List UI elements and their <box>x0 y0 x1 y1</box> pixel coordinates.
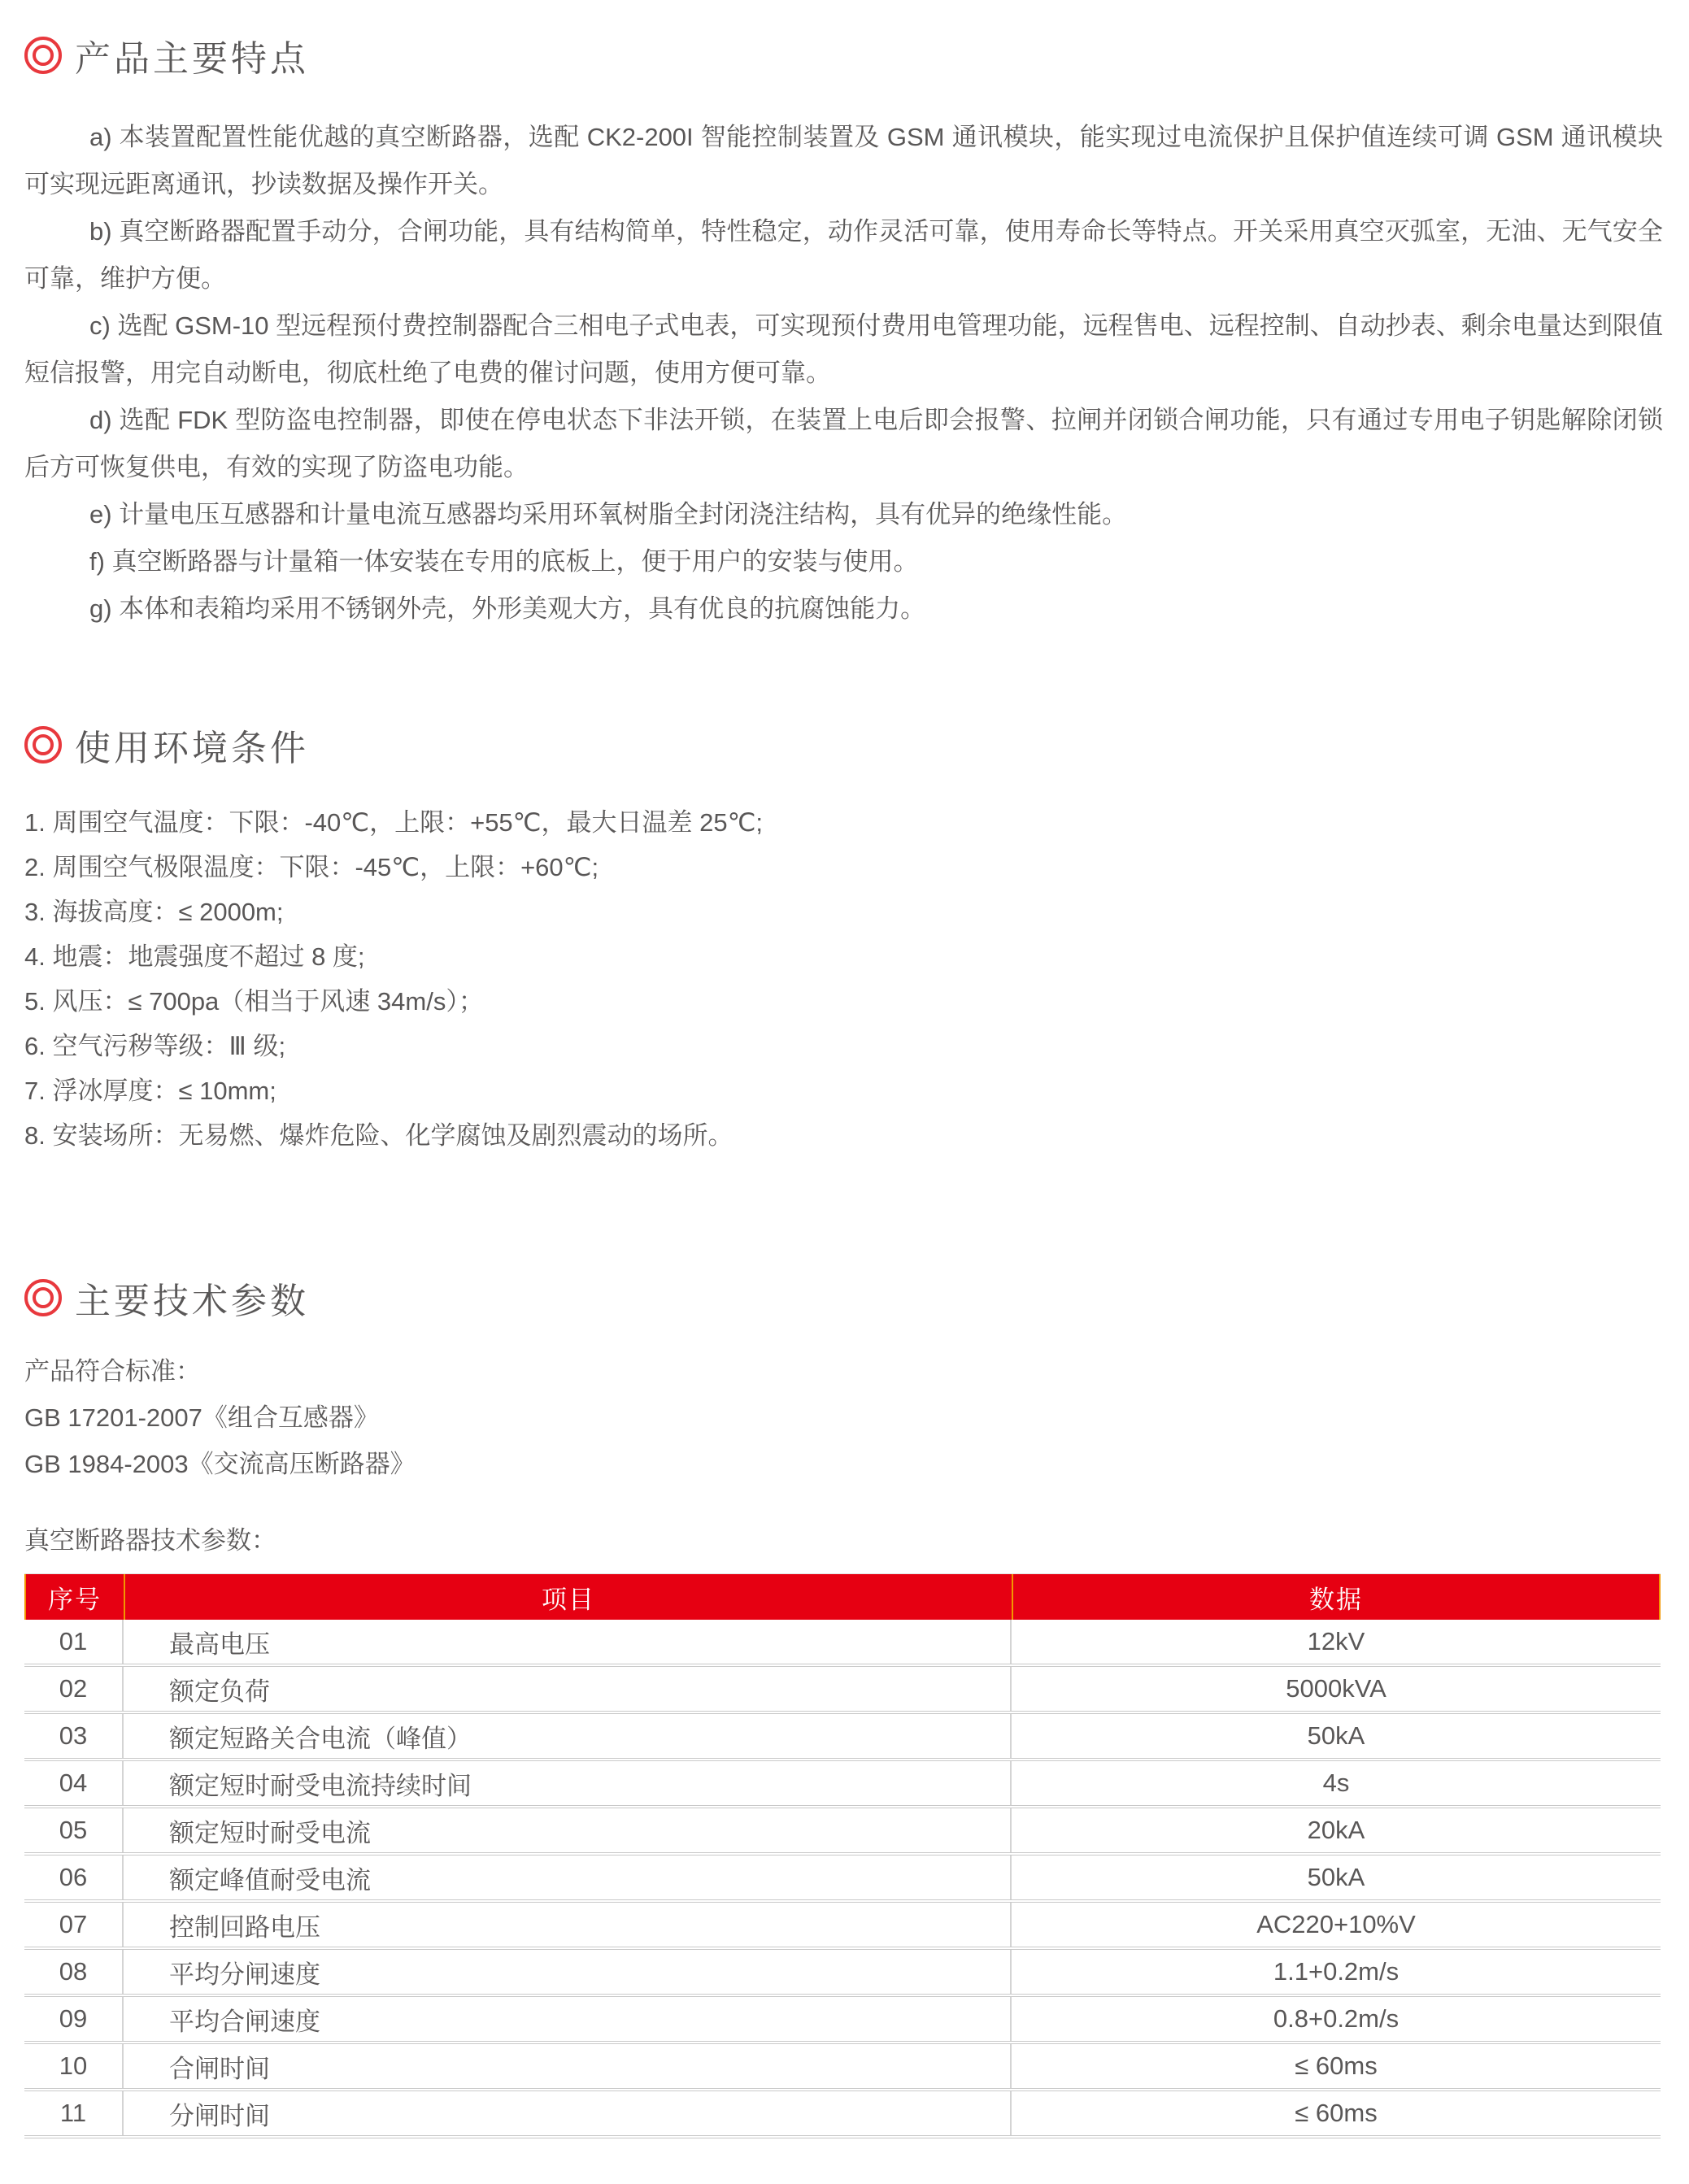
environment-item: 2. 周围空气极限温度：下限：-45℃，上限：+60℃; <box>24 845 1663 890</box>
table-caption: 真空断路器技术参数： <box>24 1525 1663 1557</box>
double-circle-icon <box>24 37 62 74</box>
environment-item: 5. 风压：≤ 700pa（相当于风速 34m/s）； <box>24 979 1663 1024</box>
standard-line: GB 1984-2003《交流高压断路器》 <box>24 1441 1663 1487</box>
standards-label: 产品符合标准： <box>24 1348 1663 1394</box>
cell-data: 20kA <box>1012 1808 1661 1852</box>
cell-data: 5000kVA <box>1012 1667 1661 1711</box>
feature-paragraph: f) 真空断路器与计量箱一体安装在专用的底板上，便于用户的安装与使用。 <box>24 538 1663 585</box>
cell-data: 1.1+0.2m/s <box>1012 1950 1661 1994</box>
environment-item: 3. 海拔高度：≤ 2000m; <box>24 890 1663 934</box>
cell-no: 06 <box>24 1856 124 1899</box>
table-row: 10 合闸时间 ≤ 60ms <box>24 2044 1661 2091</box>
environment-item: 1. 周围空气温度：下限：-40℃，上限：+55℃，最大日温差 25℃; <box>24 800 1663 845</box>
environment-item: 8. 安装场所：无易燃、爆炸危险、化学腐蚀及剧烈震动的场所。 <box>24 1113 1663 1158</box>
feature-paragraph: c) 选配 GSM-10 型远程预付费控制器配合三相电子式电表，可实现预付费用电… <box>24 302 1663 397</box>
header-cell-no: 序号 <box>26 1574 125 1620</box>
feature-paragraph: b) 真空断路器配置手动分，合闸功能，具有结构简单，特性稳定，动作灵活可靠，使用… <box>24 208 1663 302</box>
double-circle-icon <box>24 726 62 764</box>
features-title: 产品主要特点 <box>75 29 309 81</box>
cell-no: 02 <box>24 1667 124 1711</box>
table-row: 06 额定峰值耐受电流 50kA <box>24 1856 1661 1903</box>
table-row: 07 控制回路电压 AC220+10%V <box>24 1903 1661 1950</box>
section-title-environment: 使用环境条件 <box>24 719 1663 771</box>
environment-item: 4. 地震：地震强度不超过 8 度; <box>24 934 1663 979</box>
table-row: 08 平均分闸速度 1.1+0.2m/s <box>24 1950 1661 1997</box>
feature-paragraph: d) 选配 FDK 型防盗电控制器，即使在停电状态下非法开锁，在装置上电后即会报… <box>24 397 1663 491</box>
cell-item: 合闸时间 <box>124 2044 1012 2088</box>
cell-data: 0.8+0.2m/s <box>1012 1997 1661 2041</box>
cell-item: 平均合闸速度 <box>124 1997 1012 2041</box>
environment-title: 使用环境条件 <box>75 719 309 771</box>
cell-item: 额定短时耐受电流 <box>124 1808 1012 1852</box>
cell-item: 额定负荷 <box>124 1667 1012 1711</box>
section-title-features: 产品主要特点 <box>24 29 1663 81</box>
table-row: 09 平均合闸速度 0.8+0.2m/s <box>24 1997 1661 2044</box>
table-row: 02 额定负荷 5000kVA <box>24 1667 1661 1714</box>
feature-paragraph: a) 本装置配置性能优越的真空断路器，选配 CK2-200I 智能控制装置及 G… <box>24 114 1663 208</box>
cell-no: 01 <box>24 1620 124 1664</box>
cell-item: 控制回路电压 <box>124 1903 1012 1947</box>
cell-no: 03 <box>24 1714 124 1758</box>
cell-item: 额定峰值耐受电流 <box>124 1856 1012 1899</box>
environment-item: 7. 浮冰厚度：≤ 10mm; <box>24 1068 1663 1113</box>
cell-no: 07 <box>24 1903 124 1947</box>
cell-no: 10 <box>24 2044 124 2088</box>
cell-data: 4s <box>1012 1761 1661 1805</box>
feature-paragraph: e) 计量电压互感器和计量电流互感器均采用环氧树脂全封闭浇注结构，具有优异的绝缘… <box>24 491 1663 538</box>
environment-item: 6. 空气污秽等级：Ⅲ 级; <box>24 1024 1663 1068</box>
cell-no: 04 <box>24 1761 124 1805</box>
cell-data: 50kA <box>1012 1856 1661 1899</box>
cell-data: ≤ 60ms <box>1012 2044 1661 2088</box>
cell-item: 分闸时间 <box>124 2091 1012 2135</box>
table-row: 05 额定短时耐受电流 20kA <box>24 1808 1661 1856</box>
cell-data: ≤ 60ms <box>1012 2091 1661 2135</box>
feature-paragraph: g) 本体和表箱均采用不锈钢外壳，外形美观大方，具有优良的抗腐蚀能力。 <box>24 585 1663 633</box>
header-cell-item: 项目 <box>125 1574 1013 1620</box>
table-header-row: 序号 项目 数据 <box>24 1574 1661 1620</box>
cell-data: 12kV <box>1012 1620 1661 1664</box>
cell-no: 11 <box>24 2091 124 2135</box>
table-row: 04 额定短时耐受电流持续时间 4s <box>24 1761 1661 1808</box>
tech-params-table: 序号 项目 数据 01 最高电压 12kV 02 额定负荷 5000kVA 03… <box>24 1573 1661 2138</box>
catalog-page: 产品主要特点 a) 本装置配置性能优越的真空断路器，选配 CK2-200I 智能… <box>0 0 1689 2184</box>
cell-no: 09 <box>24 1997 124 2041</box>
header-cell-data: 数据 <box>1013 1574 1659 1620</box>
table-row: 11 分闸时间 ≤ 60ms <box>24 2091 1661 2138</box>
cell-no: 08 <box>24 1950 124 1994</box>
table-row: 03 额定短路关合电流（峰值） 50kA <box>24 1714 1661 1761</box>
table-row: 01 最高电压 12kV <box>24 1620 1661 1667</box>
double-circle-icon <box>24 1279 62 1316</box>
cell-data: AC220+10%V <box>1012 1903 1661 1947</box>
cell-item: 额定短时耐受电流持续时间 <box>124 1761 1012 1805</box>
cell-data: 50kA <box>1012 1714 1661 1758</box>
cell-item: 最高电压 <box>124 1620 1012 1664</box>
cell-no: 05 <box>24 1808 124 1852</box>
standard-line: GB 17201-2007《组合互感器》 <box>24 1394 1663 1441</box>
section-title-parameters: 主要技术参数 <box>24 1272 1663 1324</box>
parameters-title: 主要技术参数 <box>75 1272 309 1324</box>
cell-item: 平均分闸速度 <box>124 1950 1012 1994</box>
cell-item: 额定短路关合电流（峰值） <box>124 1714 1012 1758</box>
